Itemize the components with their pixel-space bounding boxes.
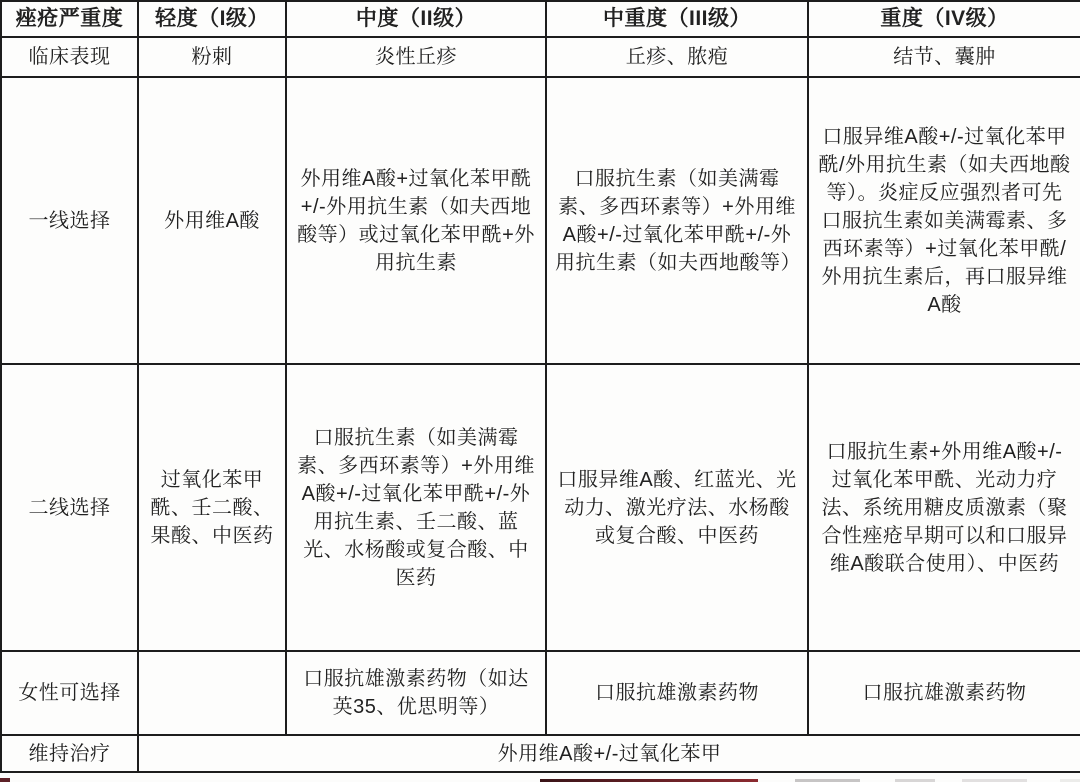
second-line-choice-row: 二线选择 过氧化苯甲酰、壬二酸、果酸、中医药 口服抗生素（如美满霉素、多西环素等… <box>1 364 1080 651</box>
row-label-clinical: 临床表现 <box>1 37 138 77</box>
maroon-corner-sliver <box>0 778 10 782</box>
header-severe: 重度（IV级） <box>808 1 1080 37</box>
cell-clinical-moderate: 炎性丘疹 <box>286 37 546 77</box>
cell-firstline-moderate: 外用维A酸+过氧化苯甲酰+/-外用抗生素（如夫西地酸等）或过氧化苯甲酰+外用抗生… <box>286 77 546 364</box>
cell-secondline-severe: 口服抗生素+外用维A酸+/-过氧化苯甲酰、光动力疗法、系统用糖皮质激素（聚合性痤… <box>808 364 1080 651</box>
row-label-second-line: 二线选择 <box>1 364 138 651</box>
acne-treatment-table-page: 痤疮严重度 轻度（I级） 中度（II级） 中重度（III级） 重度（IV级） 临… <box>0 0 1080 782</box>
cell-clinical-mild: 粉刺 <box>138 37 286 77</box>
cell-firstline-moderate-severe: 口服抗生素（如美满霉素、多西环素等）+外用维A酸+/-过氧化苯甲酰+/-外用抗生… <box>546 77 808 364</box>
clinical-manifestation-row: 临床表现 粉刺 炎性丘疹 丘疹、脓疱 结节、囊肿 <box>1 37 1080 77</box>
cell-clinical-moderate-severe: 丘疹、脓疱 <box>546 37 808 77</box>
header-moderate-severe: 中重度（III级） <box>546 1 808 37</box>
cell-clinical-severe: 结节、囊肿 <box>808 37 1080 77</box>
first-line-choice-row: 一线选择 外用维A酸 外用维A酸+过氧化苯甲酰+/-外用抗生素（如夫西地酸等）或… <box>1 77 1080 364</box>
cell-female-severe: 口服抗雄激素药物 <box>808 651 1080 735</box>
table-header-row: 痤疮严重度 轻度（I级） 中度（II级） 中重度（III级） 重度（IV级） <box>1 1 1080 37</box>
maintenance-therapy-row: 维持治疗 外用维A酸+/-过氧化苯甲 <box>1 735 1080 772</box>
header-mild: 轻度（I级） <box>138 1 286 37</box>
row-label-maintenance: 维持治疗 <box>1 735 138 772</box>
cell-female-mild <box>138 651 286 735</box>
cell-maintenance-merged: 外用维A酸+/-过氧化苯甲 <box>138 735 1080 772</box>
cell-female-moderate: 口服抗雄激素药物（如达英35、优思明等） <box>286 651 546 735</box>
header-severity: 痤疮严重度 <box>1 1 138 37</box>
row-label-first-line: 一线选择 <box>1 77 138 364</box>
acne-severity-treatment-table: 痤疮严重度 轻度（I级） 中度（II级） 中重度（III级） 重度（IV级） 临… <box>0 0 1080 773</box>
cell-female-moderate-severe: 口服抗雄激素药物 <box>546 651 808 735</box>
cell-secondline-moderate-severe: 口服异维A酸、红蓝光、光动力、激光疗法、水杨酸或复合酸、中医药 <box>546 364 808 651</box>
cell-firstline-severe: 口服异维A酸+/-过氧化苯甲酰/外用抗生素（如夫西地酸等）。炎症反应强烈者可先口… <box>808 77 1080 364</box>
female-option-row: 女性可选择 口服抗雄激素药物（如达英35、优思明等） 口服抗雄激素药物 口服抗雄… <box>1 651 1080 735</box>
cutoff-content-strip <box>0 777 1080 782</box>
cell-secondline-moderate: 口服抗生素（如美满霉素、多西环素等）+外用维A酸+/-过氧化苯甲酰+/-外用抗生… <box>286 364 546 651</box>
row-label-female-option: 女性可选择 <box>1 651 138 735</box>
header-moderate: 中度（II级） <box>286 1 546 37</box>
cell-secondline-mild: 过氧化苯甲酰、壬二酸、果酸、中医药 <box>138 364 286 651</box>
cell-firstline-mild: 外用维A酸 <box>138 77 286 364</box>
